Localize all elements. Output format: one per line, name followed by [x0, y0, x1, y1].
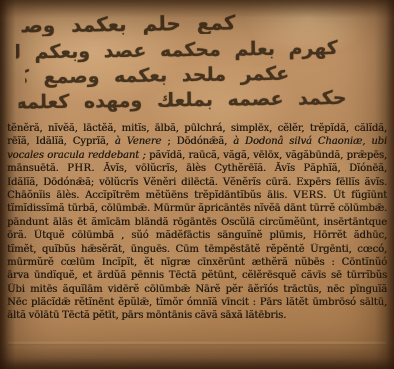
latin-text-line: mānsuētă. PHR. Ăvĭs, vōlŭcrĭs, ālès Cyth…: [7, 162, 387, 175]
latin-text-line: Idălĭă, Dōdónǣă; vōlŭcrĭs Vĕnĕri dilēctă…: [7, 176, 387, 189]
latin-text-line: rēĭă, Idălĭă, Cyprĭă, à Venere ; Dōdónǣă…: [7, 135, 387, 148]
section-label: PHR.: [67, 163, 95, 174]
text-segment: tĭmĭdissĭmă tūrbă, cōlūmbǣ. Mūrmūr ăpric…: [7, 203, 387, 215]
latin-text-line: Chāŏnĭis ālès. Accĭpĭtrēm mĕtŭēns trĕpĭd…: [7, 189, 387, 202]
text-segment: tĭmĕt, quĭbŭs hǣsĕrăt, ūnguēs. Cūm tēmpē…: [7, 244, 387, 256]
text-segment: à Venere: [115, 136, 162, 147]
latin-text-line: tĕnĕră, nĭvĕă, lāctĕă, mitĭs, ālbă, pūlc…: [7, 122, 387, 135]
text-segment: vocales oracula reddebant ;: [7, 150, 149, 161]
text-segment: pāndunt ālās ēt ămīcām blāndă rōgāntēs O…: [7, 217, 387, 229]
latin-text-line: mūrmŭrĕ cœlūm Incĭpĭt, ĕt nīgræ cīnxērūn…: [7, 256, 387, 269]
text-segment: Nēc plăcĭdǣ rĕtĭnēnt ĕpŭlǣ, tĭmŏr ómnĭă …: [7, 297, 387, 309]
text-segment: Idălĭă, Dōdónǣă; vōlŭcrĭs Vĕnĕri dilēctă…: [7, 177, 387, 188]
handwritten-script-line: كمع حلم بعكمد وصم حك: [21, 11, 235, 36]
handwritten-script-line: حكمد عصمه بملعك ومهده كعلمه وبعصم: [18, 88, 346, 113]
latin-text-line: vocales oracula reddebant ; păvĭdă, raūc…: [7, 149, 387, 162]
text-segment: āltă vōlātū Tēctă pĕtīt, pārs mōntānis c…: [7, 310, 286, 321]
text-segment: păvĭdă, raūcă, văgă, vēlōx, văgăbūndă, p…: [149, 150, 387, 161]
text-segment: mūrmŭrĕ cœlūm Incĭpĭt, ĕt nīgræ cīnxērūn…: [7, 257, 387, 269]
handwritten-script-line: كهرم بعلم محكمه عصد وبعكم لمحمده عكصم: [16, 38, 338, 63]
handwritten-script-line: عكمر ملحد بعكمه وصمع كمحله: [25, 64, 289, 89]
text-segment: ārva ūndĭquĕ, et ārdŭă pēnnis Tēctă pĕtū…: [7, 270, 387, 282]
latin-text-block: tĕnĕră, nĭvĕă, lāctĕă, mitĭs, ālbă, pūlc…: [7, 122, 387, 332]
text-segment: ōră. Ûtquĕ cōlūmbă , sŭó mădĕfāctis sāng…: [7, 230, 387, 242]
latin-text-line: tĭmĭdissĭmă tūrbă, cōlūmbǣ. Mūrmūr ăpric…: [7, 202, 387, 215]
text-segment: Chāŏnĭis ālès. Accĭpĭtrēm mĕtŭēns trĕpĭd…: [7, 190, 293, 201]
text-segment: rēĭă, Idălĭă, Cyprĭă,: [7, 136, 115, 147]
latin-text-line: ārva ūndĭquĕ, et ārdŭă pēnnis Tēctă pĕtū…: [7, 269, 387, 282]
latin-text-line: Nēc plăcĭdǣ rĕtĭnēnt ĕpŭlǣ, tĭmŏr ómnĭă …: [7, 296, 387, 309]
text-segment: tĕnĕră, nĭvĕă, lāctĕă, mitĭs, ālbă, pūlc…: [7, 123, 387, 135]
latin-text-line: āltă vōlātū Tēctă pĕtīt, pārs mōntānis c…: [7, 309, 387, 322]
text-segment: ; Dōdónǣă,: [161, 136, 233, 147]
handwriting-block: كمع حلم بعكمد وصم حككهرم بعلم محكمه عصد …: [0, 0, 394, 123]
text-segment: Ûbi mitēs ăquĭlām vidērĕ cōlūmbǣ Nārĕ pĕ…: [7, 284, 387, 296]
text-segment: mānsuētă.: [7, 163, 67, 174]
latin-text-line: ōră. Ûtquĕ cōlūmbă , sŭó mădĕfāctis sāng…: [7, 229, 387, 242]
latin-text-line: pāndunt ālās ēt ămīcām blāndă rōgāntēs O…: [7, 216, 387, 229]
section-label: VERS.: [293, 190, 327, 201]
latin-text-line: Ûbi mitēs ăquĭlām vidērĕ cōlūmbǣ Nārĕ pĕ…: [7, 283, 387, 296]
latin-text-line: tĭmĕt, quĭbŭs hǣsĕrăt, ūnguēs. Cūm tēmpē…: [7, 243, 387, 256]
